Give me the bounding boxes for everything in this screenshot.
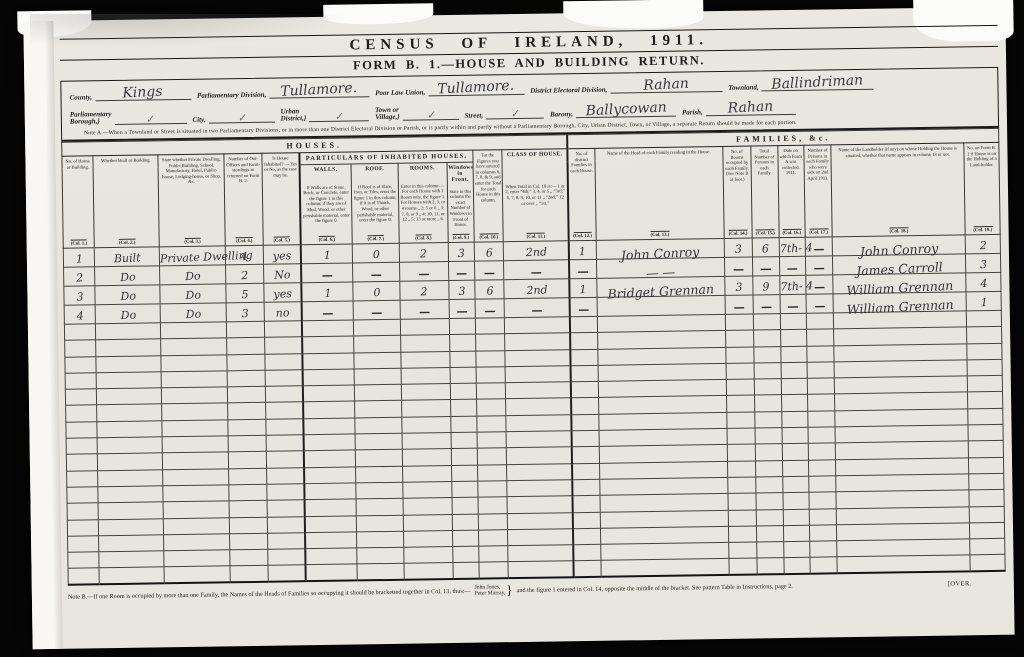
- cell-col4: [227, 370, 265, 387]
- cell-col5: [266, 467, 304, 484]
- cell-col8: 2: [399, 243, 448, 263]
- cell-col9: 3: [448, 242, 475, 261]
- cell-col9: —: [449, 299, 476, 318]
- cell-col18: [834, 343, 967, 361]
- cell-col3: [162, 436, 228, 453]
- handwritten-entry: 3: [457, 247, 465, 260]
- field-label-townland: Townland,: [728, 85, 758, 95]
- cell-col7: [356, 466, 403, 483]
- cell-col6: [303, 418, 355, 435]
- cell-col13: [598, 396, 726, 414]
- cell-col18: [834, 360, 967, 378]
- cell-col3: [161, 322, 227, 339]
- field-label-parliamentary-borough: Parliamentary Borough,}: [70, 111, 112, 129]
- cell-col10: —: [475, 299, 505, 318]
- cell-col10: [479, 546, 509, 563]
- cell-col3: [161, 354, 227, 371]
- col-head-17: Number of Persons in each Family who wer…: [804, 145, 833, 237]
- cell-col8: [401, 351, 450, 368]
- cell-col4: 3: [226, 302, 264, 322]
- cell-col18: [834, 327, 967, 345]
- cell-col2: [97, 404, 162, 421]
- cell-col19: [967, 327, 1002, 344]
- cell-col15: 6: [752, 238, 779, 257]
- cell-col1: [68, 568, 100, 585]
- paper-sheet: CENSUS OF IRELAND, 1911. FORM B. 1.—HOUS…: [23, 7, 1014, 649]
- cell-col15: [756, 460, 783, 477]
- cell-col5: [265, 337, 303, 354]
- cell-col9: [452, 514, 479, 531]
- cell-col19: [968, 441, 1003, 458]
- cell-col17: —: [805, 256, 833, 275]
- cell-col10: [477, 432, 507, 449]
- cell-col6: —: [302, 301, 354, 321]
- cell-col17: —: [806, 294, 834, 313]
- cell-col13: [600, 510, 728, 528]
- cell-col2: [96, 355, 161, 372]
- cell-col4: [230, 533, 268, 550]
- cell-col6: [303, 385, 355, 402]
- cell-col5: [265, 353, 303, 370]
- handwritten-entry: —: [371, 268, 382, 281]
- handwritten-entry: —: [456, 305, 467, 318]
- cell-col7: 0: [352, 243, 399, 263]
- cell-col7: [356, 482, 403, 499]
- cell-col18: [836, 458, 969, 476]
- cell-col16: [783, 541, 810, 558]
- cell-col12: [573, 561, 601, 578]
- field-value-townland: Ballindriman: [762, 76, 874, 92]
- cell-col13: John Conroy: [596, 238, 724, 259]
- cell-col3: [164, 550, 230, 567]
- cell-col15: [754, 363, 781, 380]
- handwritten-entry: John Conroy: [621, 245, 700, 262]
- col-head-9-windows: Windows in Front.State in this column th…: [447, 162, 475, 242]
- cell-col1: [65, 356, 97, 373]
- scanned-document-page: CENSUS OF IRELAND, 1911. FORM B. 1.—HOUS…: [0, 0, 1024, 657]
- field-value-parliamentary-borough: ✓: [114, 110, 186, 125]
- handwritten-entry: 1: [323, 249, 331, 262]
- handwritten-entry: 4: [76, 309, 84, 322]
- handwritten-entry: Built: [114, 251, 141, 265]
- cell-col10: [477, 399, 507, 416]
- col-head-5: Is House Inhabited? — Yes or No, as the …: [262, 153, 301, 246]
- handwritten-entry: —: [760, 262, 771, 275]
- cell-col15: [755, 428, 782, 445]
- cell-col16: [781, 395, 808, 412]
- cell-col15: [756, 477, 783, 494]
- cell-col15: 9: [753, 276, 780, 295]
- cell-col1: [68, 552, 100, 569]
- cell-col18: [836, 490, 969, 508]
- cell-col8: —: [400, 300, 449, 320]
- col-head-8-rooms: ROOMS.Enter in this column:— For each Ho…: [398, 163, 448, 243]
- cell-col4: [230, 549, 268, 566]
- cell-col9: [449, 351, 476, 368]
- cell-col19: [967, 343, 1002, 360]
- cell-col3: [163, 452, 229, 469]
- cell-col8: [400, 319, 449, 336]
- cell-col13: [601, 559, 729, 577]
- cell-col8: [402, 416, 451, 433]
- handwritten-entry: 3: [458, 285, 466, 298]
- cell-col19: [969, 490, 1004, 507]
- cell-col2: [96, 323, 161, 340]
- cell-col3: [162, 371, 228, 388]
- cell-col6: [304, 499, 356, 516]
- cell-col15: [756, 509, 783, 526]
- cell-col6: [302, 353, 354, 370]
- col-head-11: CLASS OF HOUSE.When Total in Col. 10 is:…: [502, 149, 568, 242]
- cell-col4: [229, 484, 267, 501]
- cell-col16: [781, 411, 808, 428]
- cell-col19: [968, 392, 1003, 409]
- handwritten-entry: 2nd: [525, 245, 547, 259]
- handwritten-entry: 4: [980, 277, 988, 290]
- cell-col1: 2: [64, 267, 96, 286]
- cell-col5: [267, 500, 305, 517]
- cell-col14: [726, 347, 755, 364]
- note-b-prefix: Note B.—If one Room is occupied by more …: [68, 587, 471, 600]
- handwritten-entry: 5: [241, 288, 249, 301]
- cell-col16: [780, 346, 807, 363]
- cell-col8: [403, 481, 452, 498]
- cell-col17: [809, 525, 837, 542]
- cell-col6: [304, 450, 356, 467]
- handwritten-entry: 0: [372, 248, 380, 261]
- cell-col17: [808, 411, 836, 428]
- cell-col9: [449, 334, 476, 351]
- cell-col12: [571, 430, 599, 447]
- cell-col9: [450, 367, 477, 384]
- handwritten-entry: — —: [646, 265, 676, 279]
- cell-col19: [968, 376, 1003, 393]
- handwritten-entry: 3: [979, 258, 987, 271]
- cell-col14: [725, 314, 754, 331]
- handwritten-entry: 7th- 4: [779, 241, 812, 255]
- cell-col5: no: [264, 302, 302, 322]
- cell-col1: [65, 389, 97, 406]
- cell-col6: [304, 467, 356, 484]
- cell-col5: yes: [264, 283, 302, 303]
- cell-col1: 4: [64, 305, 96, 324]
- cell-col6: [305, 564, 357, 581]
- cell-col17: [809, 508, 837, 525]
- cell-col11: [508, 529, 573, 546]
- cell-col1: 1: [63, 248, 95, 267]
- cell-col3: Do: [160, 265, 226, 285]
- cell-col18: [835, 409, 968, 427]
- handwritten-entry: 3: [76, 290, 84, 303]
- cell-col11: [508, 545, 573, 562]
- cell-col16: —: [780, 294, 807, 313]
- cell-col3: [163, 468, 229, 485]
- field-value-barony: Ballycowan: [576, 103, 676, 118]
- cell-col12: —: [570, 297, 598, 316]
- handwritten-entry: 2: [241, 269, 249, 282]
- cell-col5: [266, 418, 304, 435]
- cell-col6: [304, 483, 356, 500]
- field-value-parish: Rahan: [706, 101, 796, 116]
- cell-col18: [835, 425, 968, 443]
- handwritten-entry: 3: [735, 281, 743, 294]
- field-value-town-or-village: ✓: [402, 106, 458, 121]
- handwritten-entry: 0: [373, 286, 381, 299]
- cell-col10: 6: [474, 242, 504, 261]
- handwritten-entry: —: [371, 306, 382, 319]
- over-marker: [OVER.: [948, 580, 972, 587]
- cell-col2: [96, 339, 161, 356]
- cell-col3: [162, 387, 228, 404]
- cell-col5: yes: [263, 245, 301, 265]
- cell-col14: [727, 477, 756, 494]
- col-head-7-roof: ROOF.If Roof is of Slate, Iron, or Tiles…: [351, 164, 399, 244]
- cell-col2: Do: [95, 285, 160, 305]
- cell-col17: [809, 492, 837, 509]
- cell-col19: [967, 359, 1002, 376]
- cell-col16: [783, 558, 810, 575]
- cell-col12: [573, 544, 601, 561]
- cell-col10: [475, 318, 505, 335]
- col-head-14: No. of Rooms occupied by each Family. (S…: [723, 146, 753, 238]
- cell-col4: [228, 386, 266, 403]
- cell-col16: [780, 330, 807, 347]
- cell-col13: [599, 429, 727, 447]
- cell-col10: [476, 367, 506, 384]
- cell-col2: [99, 551, 164, 568]
- cell-col1: [67, 503, 99, 520]
- col-head-15: Total Number of Persons in each Family.(…: [751, 146, 779, 238]
- cell-col8: [403, 498, 452, 515]
- cell-col2: [99, 535, 164, 552]
- cell-col12: [570, 333, 598, 350]
- cell-col9: [450, 400, 477, 417]
- cell-col8: [402, 449, 451, 466]
- cell-col12: [570, 316, 598, 333]
- cell-col3: [163, 485, 229, 502]
- handwritten-entry: 1: [580, 283, 588, 296]
- handwritten-entry: —: [813, 242, 824, 255]
- cell-col16: [782, 476, 809, 493]
- cell-col18: John Conroy: [832, 235, 965, 256]
- cell-col2: [97, 372, 162, 389]
- handwritten-entry: 2: [420, 247, 428, 260]
- field-label-urban-district: Urban District,}: [280, 108, 306, 126]
- torn-paper-artifact: [563, 0, 703, 29]
- field-value-street: ✓: [486, 105, 544, 120]
- cell-col8: [402, 433, 451, 450]
- cell-col2: [97, 388, 162, 405]
- handwritten-entry: yes: [272, 249, 291, 263]
- handwritten-entry: —: [418, 267, 429, 280]
- cell-col3: Private Dwelling: [160, 246, 226, 266]
- cell-col18: [837, 523, 970, 541]
- cell-col9: [452, 530, 479, 547]
- handwritten-entry: 2: [979, 239, 987, 252]
- cell-col11: 2nd: [504, 241, 569, 261]
- cell-col5: [267, 484, 305, 501]
- handwritten-entry: 6: [485, 246, 493, 259]
- cell-col6: [302, 336, 354, 353]
- cell-col5: [267, 516, 305, 533]
- cell-col9: [451, 481, 478, 498]
- cell-col17: [807, 362, 835, 379]
- cell-col5: [266, 402, 304, 419]
- cell-col3: [163, 501, 229, 518]
- col-head-16: Date on which Form A was collected. 1911…: [777, 145, 805, 237]
- cell-col8: [402, 465, 451, 482]
- cell-col4: [229, 468, 267, 485]
- note-b-suffix: and the figure 1 entered in Col. 14, opp…: [517, 583, 793, 594]
- cell-col1: [66, 454, 98, 471]
- cell-col17: [808, 459, 836, 476]
- scan-shading: [30, 14, 350, 48]
- cell-col10: [479, 562, 509, 579]
- handwritten-entry: 9: [762, 280, 770, 293]
- cell-col14: [728, 526, 757, 543]
- handwritten-entry: —: [484, 266, 495, 279]
- cell-col9: [452, 546, 479, 563]
- handwritten-entry: —: [577, 265, 588, 278]
- handwritten-entry: —: [787, 300, 798, 313]
- cell-col10: [476, 383, 506, 400]
- cell-col8: [404, 547, 453, 564]
- cell-col8: [401, 335, 450, 352]
- cell-col17: [807, 394, 835, 411]
- cell-col14: 3: [725, 276, 754, 295]
- cell-col9: 3: [448, 280, 475, 299]
- cell-col11: [506, 415, 571, 432]
- cell-col16: [780, 313, 807, 330]
- col-head-10: Tot the Figures you have entered in colu…: [473, 150, 504, 242]
- handwritten-entry: —: [814, 261, 825, 274]
- cell-col10: —: [475, 261, 505, 280]
- field-label-county: County,: [69, 95, 92, 105]
- cell-col13: [597, 314, 725, 332]
- handwritten-entry: Do: [120, 308, 136, 322]
- cell-col5: [266, 435, 304, 452]
- cell-col2: [99, 518, 164, 535]
- handwritten-entry: 2: [420, 285, 428, 298]
- cell-col6: [305, 515, 357, 532]
- cell-col12: [571, 365, 599, 382]
- handwritten-entry: —: [322, 307, 333, 320]
- cell-col13: [600, 494, 728, 512]
- cell-col2: [98, 437, 163, 454]
- cell-col12: [571, 414, 599, 431]
- cell-col19: 3: [966, 253, 1001, 273]
- cell-col16: 7th- 4: [779, 275, 806, 294]
- cell-col2: [98, 469, 163, 486]
- handwritten-entry: 7th- 4: [780, 279, 813, 293]
- cell-col14: [728, 510, 757, 527]
- cell-col19: [969, 457, 1004, 474]
- handwritten-entry: —: [814, 299, 825, 312]
- cell-col9: [449, 318, 476, 335]
- cell-col14: 3: [724, 238, 753, 257]
- cell-col11: [506, 366, 571, 383]
- cell-col5: No: [263, 264, 301, 284]
- cell-col14: —: [725, 295, 754, 314]
- cell-col15: [755, 395, 782, 412]
- cell-col1: [67, 470, 99, 487]
- cell-col1: [65, 340, 97, 357]
- cell-col15: [757, 525, 784, 542]
- cell-col3: Do: [161, 303, 227, 323]
- cell-col11: [507, 496, 572, 513]
- cell-col10: [478, 464, 508, 481]
- cell-col1: [68, 536, 100, 553]
- cell-col3: [164, 566, 230, 583]
- cell-col6: [303, 401, 355, 418]
- cell-col7: [355, 384, 402, 401]
- cell-col14: [727, 412, 756, 429]
- cell-col9: [452, 497, 479, 514]
- cell-col19: [970, 555, 1005, 572]
- cell-col12: [573, 512, 601, 529]
- cell-col1: [65, 373, 97, 390]
- cell-col11: [505, 333, 570, 350]
- cell-col14: [726, 363, 755, 380]
- cell-col12: 1: [569, 278, 597, 297]
- cell-col3: [162, 403, 228, 420]
- cell-col5: [267, 533, 305, 550]
- cell-col6: [302, 320, 354, 337]
- cell-col19: [970, 522, 1005, 539]
- cell-col4: [227, 338, 265, 355]
- field-value-urban-district: ✓: [309, 107, 369, 122]
- cell-col18: [837, 506, 970, 524]
- cell-col12: [572, 496, 600, 513]
- cell-col16: [782, 460, 809, 477]
- handwritten-entry: Do: [185, 270, 201, 284]
- cell-col12: [571, 398, 599, 415]
- cell-col9: —: [448, 261, 475, 280]
- handwritten-entry: 6: [762, 242, 770, 255]
- handwritten-entry: 1: [579, 245, 587, 258]
- cell-col10: 6: [475, 280, 505, 299]
- cell-col11: —: [505, 298, 570, 318]
- field-label-barony: Barony,: [550, 111, 573, 121]
- field-label-town-or-village: Town or Village,}: [375, 106, 400, 124]
- cell-col12: —: [569, 259, 597, 278]
- cell-col15: [755, 444, 782, 461]
- cell-col9: [451, 432, 478, 449]
- cell-col15: [754, 346, 781, 363]
- bracket-names: John Jones, Peter Murray,: [475, 584, 506, 598]
- cell-col2: [98, 486, 163, 503]
- cell-col7: [357, 531, 404, 548]
- cell-col7: [356, 450, 403, 467]
- cell-col14: [727, 444, 756, 461]
- cell-col11: [505, 317, 570, 334]
- cell-col8: [403, 514, 452, 531]
- cell-col8: [404, 563, 453, 580]
- handwritten-entry: —: [814, 280, 825, 293]
- cell-col6: 1: [301, 244, 353, 264]
- handwritten-entry: yes: [273, 287, 292, 301]
- cell-col1: [64, 324, 96, 341]
- cell-col11: [507, 447, 572, 464]
- cell-col3: [162, 420, 228, 437]
- handwritten-entry: 3: [242, 307, 250, 320]
- cell-col4: [230, 566, 268, 583]
- field-value-poor-law-union: Tullamore.: [428, 81, 524, 96]
- col-head-1: No. of House or Building.(Col. 1.): [62, 156, 95, 248]
- cell-col11: [507, 463, 572, 480]
- cell-col6: [305, 532, 357, 549]
- cell-col13: [600, 526, 728, 544]
